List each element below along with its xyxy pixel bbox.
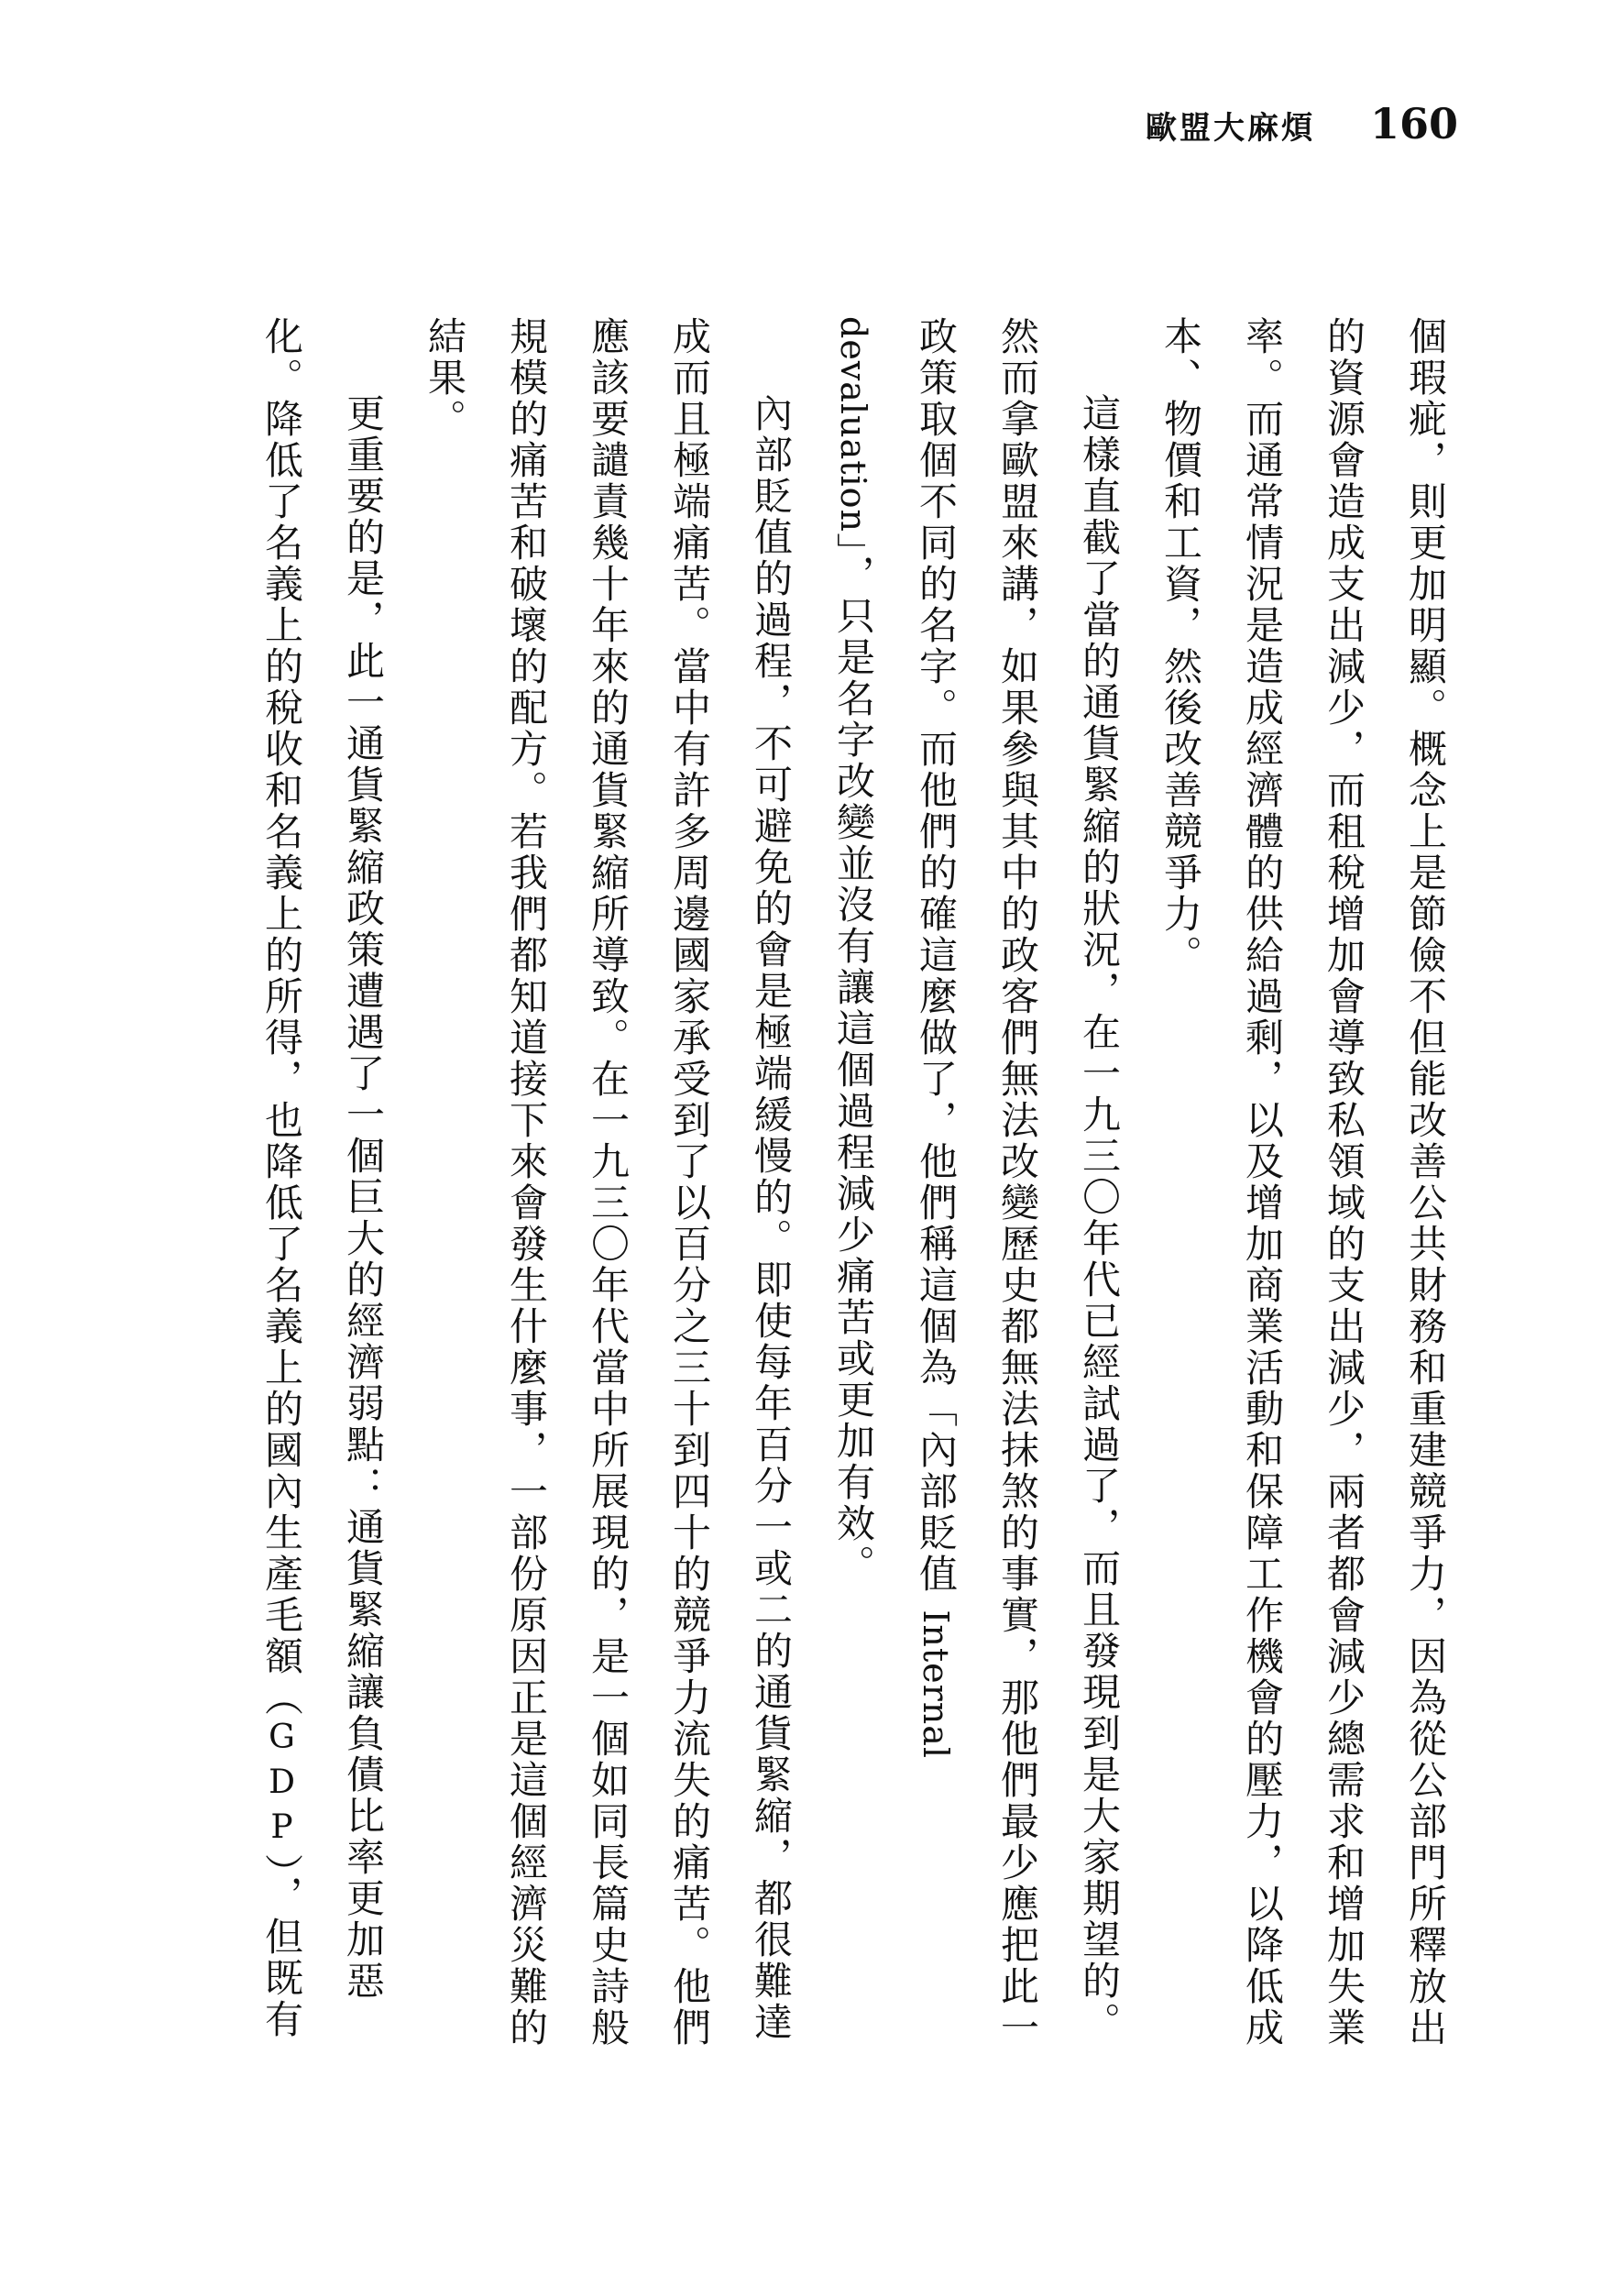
book-title: 歐盟大麻煩 [1146, 104, 1315, 144]
cjk-text: 內部貶值的過程，不可避免的會是極端緩慢的。即使每年百分一或二的通貨緊縮，都很難達… [422, 316, 794, 2049]
cjk-text: 個瑕疵，則更加明顯。概念上是節儉不但能改善公共財務和重建競爭力，因為從公部門所釋… [1158, 316, 1448, 2049]
book-page: 歐盟大麻煩 160 個瑕疵，則更加明顯。概念上是節儉不但能改善公共財務和重建競爭… [0, 0, 1624, 2274]
paragraph: 這樣直截了當的通貨緊縮的狀況，在一九三〇年代已經試過了，而且發現到是大家期望的。… [812, 316, 1140, 2049]
page-number: 160 [1370, 103, 1458, 145]
cjk-text: 這樣直截了當的通貨緊縮的狀況，在一九三〇年代已經試過了，而且發現到是大家期望的。… [914, 316, 1122, 2049]
latin-text: GDP [263, 1719, 301, 1853]
paragraph: 更重要的是，此一通貨緊縮政策遭遇了一個巨大的經濟弱點：通貨緊縮讓負債比率更加惡化… [241, 316, 404, 2049]
cjk-text: ），但既有 [259, 1853, 304, 2040]
cjk-text: 」，只是名字改變並沒有讓這個過程減少痛苦或更加有效。 [831, 533, 876, 1586]
paragraph: 個瑕疵，則更加明顯。概念上是節儉不但能改善公共財務和重建競爭力，因為從公部門所釋… [1140, 316, 1466, 2049]
running-head: 歐盟大麻煩 160 [1146, 103, 1458, 145]
body-text: 個瑕疵，則更加明顯。概念上是節儉不但能改善公共財務和重建競爭力，因為從公部門所釋… [220, 316, 1466, 2049]
paragraph: 內部貶值的過程，不可避免的會是極端緩慢的。即使每年百分一或二的通貨緊縮，都很難達… [404, 316, 812, 2049]
